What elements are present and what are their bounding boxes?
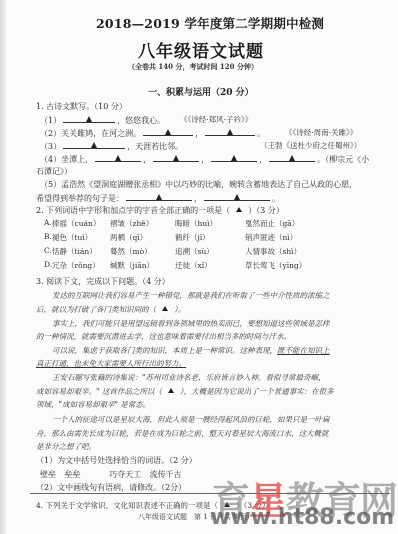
item-number: （5） (40, 180, 61, 189)
q1-item-5-cont: 希望得到举荐的句子是：，。 (36, 192, 280, 204)
answer-blank[interactable] (204, 192, 270, 201)
passage-line: 后，就以为打破了各门类知识间的（）。 (36, 304, 185, 315)
option-label: A. (44, 218, 52, 227)
option-word: 追溯（sù） (175, 246, 214, 257)
q1-item-1: （1），悠悠我心。 (40, 114, 165, 126)
item-number: （1） (40, 116, 61, 125)
question-text: 孟浩然《望洞庭湖赠张丞相》中以巧妙的比喻，婉转含蓄地表达了自己从政的心愿， (61, 180, 357, 189)
q1-item-2-source: 《《诗经·周南·关雎》》 (285, 127, 357, 138)
q1-item-2: （2）关关雎鸠，在河之洲。，。 (40, 127, 265, 139)
passage-text: 可以说，集虑于获取各门类的知识，本质上是一种常识。这种表现， (52, 346, 277, 355)
passage-text: ）。 (174, 305, 185, 314)
option-label: C. (44, 246, 52, 255)
q2-stem: 2. 下列词语中字形和加点字的字音全部正确的一项是（）（3 分） (36, 205, 284, 216)
question-score: ）（3 分） (248, 206, 284, 215)
section-heading: 一、积累与运用（20 分） (148, 85, 254, 98)
passage-line: 是非分之想了吧。 (36, 441, 96, 452)
q1-item-4-source-cont: 石潭记》） (36, 166, 72, 177)
underlined-sentence: 真正打通，也未免大家需要人所行出的努力。 (36, 358, 186, 369)
triangle-marker-icon (173, 155, 179, 161)
word-choice: 壁垒 (40, 470, 56, 479)
triangle-marker-icon (165, 129, 171, 135)
passage-line: 一个人的征途可以是星辰大海，但此人须是一艘经得起风浪的巨轮，如果只是一叶扁 (52, 414, 330, 425)
passage-line: 事实上，我们可能只是用望远镜看到各领域里的热卖而已，要想知道这些领域是怎样 (52, 318, 330, 329)
passage-text: ），大概是因为它说出了一个普通事实：在很多 (180, 387, 334, 396)
option-word: 捧摇（cuán） (52, 218, 100, 229)
question-text: 4. 下列关于文学常识、文化知识表述不正确的一项是（ (36, 501, 218, 510)
q2-option-c[interactable]: C. 恬静（tián） 蓦然（mò） 追溯（sù） 人情事故（shì） (44, 246, 52, 255)
passage-line: 的一种情况，就需要沉潜进去学，这也意味着需要付出相当多的时间与汗水。 (36, 331, 291, 342)
option-label: B. (44, 232, 52, 241)
q2-option-a[interactable]: A. 捧摇（cuán） 褶皱（zhě） 晦暗（huì） 戛然而止（gā） (44, 218, 52, 227)
word-choice: 垒垒 (65, 470, 81, 479)
answer-blank[interactable] (143, 127, 193, 136)
option-word: 蓦然（mò） (110, 246, 152, 257)
question-text: 2. 下列词语中字形和加点字的字音全部正确的一项是（ (36, 206, 230, 215)
q3-sub1: （1）为文中括号处选择恰当的词语。（2 分） (36, 455, 197, 466)
option-word: 恬静（tián） (52, 246, 97, 257)
watermark-url: www.ht88.com (210, 505, 394, 530)
q2-option-b[interactable]: B. 褪色（tuì） 两栖（qī） 鹤纤（jī） 销声匿迹（nì） (44, 232, 52, 241)
poem-text: 坐潭上， (61, 155, 93, 164)
answer-blank[interactable] (211, 153, 257, 162)
option-word: 冗杂（rǒng） (52, 260, 100, 271)
answer-blank[interactable] (63, 114, 115, 123)
option-word: 晦暗（huì） (175, 218, 217, 229)
poem-source: （柳宗元《小 (325, 155, 369, 164)
option-word: 人情事故（shì） (245, 246, 301, 257)
option-word: 草长莺飞（yīng） (245, 260, 306, 271)
underlined-sentence: 既不能在知识上 (277, 346, 330, 355)
option-label: D. (44, 260, 52, 269)
q1-item-3-source: （王勃《送杜少府之任蜀州》） (260, 140, 361, 151)
q3-stem: 3. 阅读下文，完成以下问题。（4 分） (36, 276, 170, 287)
q1-stem: 1. 古诗文默写。（10 分） (36, 101, 127, 112)
triangle-marker-icon[interactable] (236, 207, 242, 212)
poem-text: ，悠悠我心。 (117, 116, 165, 125)
option-word: 褪色（tuì） (52, 232, 92, 243)
answer-blank[interactable] (205, 127, 255, 136)
item-number: （2） (40, 129, 61, 138)
triangle-marker-icon (234, 194, 240, 200)
item-number: （3） (40, 142, 61, 151)
triangle-marker-icon (227, 129, 233, 135)
poem-text: ，天涯若比邻。 (127, 142, 183, 151)
q3-sub1-words: 壁垒 垒垒 巧夺天工 流传千古 (40, 469, 182, 480)
answer-blank[interactable] (63, 140, 125, 149)
option-word: 销声匿迹（nì） (245, 232, 297, 243)
q1-item-4: （4）坐潭上，，，，。（柳宗元《小 (40, 153, 369, 165)
word-choice: 巧夺天工 (109, 470, 141, 479)
option-word: 缄默（jiān） (110, 260, 154, 271)
triangle-marker-icon (86, 116, 92, 122)
exam-term-title: 2018—2019 学年度第二学期期中检测 (96, 14, 324, 32)
passage-line: 舟，那么由需先长成为巨轮，若是在成为巨轮之前，整天对着星辰大海流口水，这大概就 (36, 428, 329, 439)
option-word: 迁徙（xǐ） (175, 260, 212, 271)
triangle-marker-icon (289, 155, 295, 161)
passage-line: 王安石题写张籍的诗集说："苏州司业诗名老，乐府皆言妙入神。看似寻常最奇崛， (52, 372, 325, 383)
passage-line: 发达的互联网让我们容易产生一种错觉，那就是我们在听取了一些中介性质的浓缩之 (52, 290, 330, 301)
answer-blank[interactable] (95, 153, 141, 162)
option-word: 褶皱（zhě） (110, 218, 153, 229)
triangle-marker-icon (156, 194, 162, 200)
q2-option-d[interactable]: D. 冗杂（rǒng） 缄默（jiān） 迁徙（xǐ） 草长莺飞（yīng） (44, 260, 52, 269)
option-word: 戛然而止（gā） (245, 218, 299, 229)
poem-text: 关关雎鸠，在河之洲。 (61, 129, 141, 138)
q1-item-1-source: 《《诗经·郑风·子衿》》 (180, 114, 252, 125)
triangle-marker-icon (231, 155, 237, 161)
answer-blank[interactable] (269, 153, 315, 162)
answer-blank[interactable] (153, 153, 199, 162)
passage-text: 成如容易却艰辛。" 这首作品之所以（ (36, 387, 162, 396)
exam-subject-title: 八年级语文试题 (138, 37, 264, 62)
q1-item-3: （3），天涯若比邻。 (40, 140, 183, 152)
item-number: （4） (40, 155, 61, 164)
q1-item-5: （5）孟浩然《望洞庭湖赠张丞相》中以巧妙的比喻，婉转含蓄地表达了自己从政的心愿， (40, 179, 357, 190)
passage-line: 领域，"成如容易却艰辛" 是常态。 (36, 399, 150, 410)
passage-text: 后，就以为打破了各门类知识间的（ (36, 305, 156, 314)
exam-info: （全卷共 140 分，考试时间 120 分钟） (128, 62, 258, 72)
word-choice: 流传千古 (150, 470, 182, 479)
passage-line: 成如容易却艰辛。" 这首作品之所以（），大概是因为它说出了一个普通事实：在很多 (36, 386, 334, 397)
triangle-marker-icon[interactable] (168, 388, 174, 393)
answer-blank[interactable] (126, 192, 192, 201)
triangle-marker-icon[interactable] (162, 306, 168, 311)
triangle-marker-icon (115, 155, 121, 161)
q3-sub2: （2）文中画线句有语病，请修改。（2分） (36, 482, 186, 493)
option-word: 鹤纤（jī） (175, 232, 210, 243)
question-text: 希望得到举荐的句子是： (36, 194, 124, 203)
triangle-marker-icon (91, 142, 97, 148)
passage-line: 可以说，集虑于获取各门类的知识，本质上是一种常识。这种表现，既不能在知识上 (52, 345, 330, 356)
option-word: 两栖（qī） (110, 232, 147, 243)
